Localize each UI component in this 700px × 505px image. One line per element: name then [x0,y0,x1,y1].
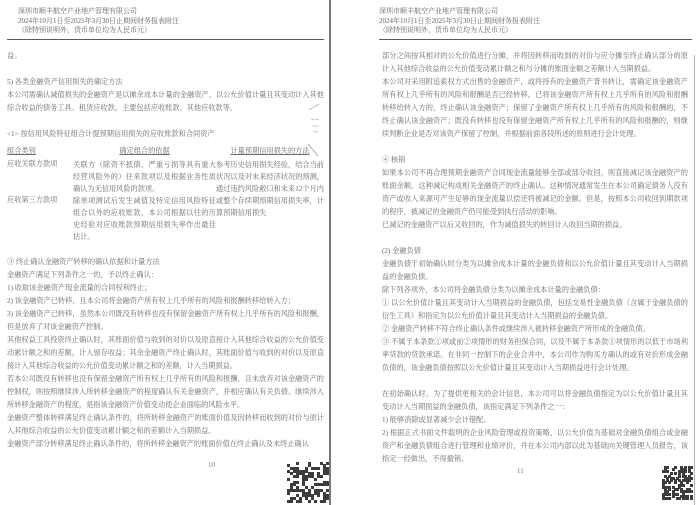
currency-note: （除特别说明外，货币单位均为人民币元） [18,26,324,36]
section-5-body: 本公司需确认减值损失的金融资产是以摊余成本计量的金融资产、以公允价值计量且其变动… [7,89,324,115]
paragraph: ③ 不属于本条款①项或前②项情形的财务担保合同，以及不属于本条款①项情形的以低于… [382,336,688,375]
section-5-title: 5) 各类金融资产信用损失的确定方法 [7,76,324,89]
paragraph: 3) 该金融资产已转移，虽然本公司既没有转移也没有保留金融资产所有权上几乎所有的… [7,308,324,334]
paragraph: 若本公司既没有转移也没有保留金融资产所有权上几乎所有的风险和报酬，且未放弃对该金… [7,373,324,412]
paragraph: 1) 收取该金融资产现金流量的合同权利终止； [7,282,324,295]
qr-code [287,462,330,503]
currency-note: （除特别说明外，货币单位均为人民币元） [379,26,688,36]
paragraph: 金融资产部分转移满足终止确认条件的，将所转移金融资产的账面价值在终止确认及未终止… [7,438,324,451]
category-third-parties: 应收第三方款项 [7,195,73,243]
column-header-category: 组合类别 [7,146,73,159]
carryover-fragment: 益。 [7,50,324,63]
company-name: 深圳市顺丰航空产业地产管理有限公司 [18,7,324,17]
paragraph: 部分之间按其相对的公允价值进行分摊，并将因转移而收到的对价与应分摊至终止确认部分… [382,50,688,76]
report-page-11: 深圳市顺丰航空产业地产管理有限公司 2024年10月1日至2025年3月30日止… [331,0,700,505]
report-page-10: 深圳市顺丰航空产业地产管理有限公司 2024年10月1日至2025年3月30日止… [0,0,330,505]
report-period: 2024年10月1日至2025年3月30日止期间财务报表附注 [379,17,688,27]
paragraph: ① 以公允价值计量且其变动计入当期损益的金融负债，包括交易性金融负债（含属于金融… [382,297,688,323]
page-number: 10 [208,461,215,469]
basis-third-parties: 除单项测试后发生减值及特定信用风险特征组合以外的应收账款，本公司根据以往的历史经… [73,195,216,243]
paragraph: 2) 该金融资产已转移，且本公司将金融资产所有权上几乎所有的风险和报酬转移给转入… [7,295,324,308]
category-related-parties: 应收关联方款项 [7,159,73,195]
method-cell: 参考历史信用损失经验，结合当前状况以及对未来经济状况的预测，通过违约风险敞口和未… [216,159,324,243]
section-4-title: ④ 核销 [382,154,688,167]
financial-liabilities-title: (2) 金融负债 [382,245,688,258]
handwritten-annotation [303,100,331,160]
page-number: 11 [517,467,524,475]
column-header-basis: 确定组合的依据 [73,146,216,159]
page-header: 深圳市顺丰航空产业地产管理有限公司 2024年10月1日至2025年3月30日止… [18,7,324,36]
paragraph: 除下列各项外，本公司将金融负债分类为以摊余成本计量的金融负债： [382,284,688,297]
header-divider [7,39,324,40]
paragraph: 金融资产满足下列条件之一的，予以终止确认： [7,269,324,282]
paragraph: 已减记的金融资产以后又收回的，作为减值损失的转回计入收回当期的损益。 [382,219,688,232]
scanned-report-spread: 深圳市顺丰航空产业地产管理有限公司 2024年10月1日至2025年3月30日止… [0,0,700,505]
paragraph: 1) 能够消除或显著减少会计错配。 [382,414,688,427]
paragraph: 金融负债于初始确认时分类为以摊余成本计量的金融负债和以公允价值计量且其变动计入当… [382,258,688,284]
paragraph: ② 金融资产转移不符合终止确认条件或继续涉入被转移金融资产所形成的金融负债。 [382,323,688,336]
basis-related-parties: 关联方（除资不抵债、严重亏损等具有重大经营风险外的）往来款项以及根据业务性质确认… [73,159,216,195]
header-divider [379,39,692,40]
paragraph: 本公司对采用附追索权方式出售的金融资产，或将持有的金融资产背书转让，需确定该金融… [382,76,688,141]
table-row: 应收关联方款项 关联方（除资不抵债、严重亏损等具有重大经营风险外的）往来款项以及… [7,159,324,195]
qr-code [662,466,693,500]
report-period: 2024年10月1日至2025年3月30日止期间财务报表附注 [18,17,324,27]
page-header: 深圳市顺丰航空产业地产管理有限公司 2024年10月1日至2025年3月30日止… [379,7,688,36]
paragraph: 在初始确认时，为了提供更相关的会计信息，本公司可以将金融负债指定为以公允价值计量… [382,388,688,414]
paragraph: 如果本公司不再合理预期金融资产合同现金流量能够全部或部分收回，则直接减记该金融资… [382,167,688,219]
expected-credit-loss-table: 组合类别 确定组合的依据 计量预期信用损失的方法 应收关联方款项 关联方（除资不… [7,146,324,243]
table-header-row: 组合类别 确定组合的依据 计量预期信用损失的方法 [7,146,324,159]
page-edge-line [694,55,695,505]
paragraph: 2) 根据正式书面文件载明的企业风险管理或投资策略，以公允价值为基础对金融负债组… [382,427,688,466]
section-3-title: ③ 终止确认金融资产转移的确认依据和计量方法 [7,256,324,269]
company-name: 深圳市顺丰航空产业地产管理有限公司 [379,7,688,17]
sub-item-1-title: <1> 按信用风险特征组合计提预期信用损失的应收账款和合同资产 [7,128,324,141]
paragraph: 其他权益工具投资终止确认时，其账面价值与收到的对价以及原直接计入其他综合收益的公… [7,334,324,373]
paragraph: 金融资产整体转移满足终止确认条件的，将所转移金融资产的账面价值及因转移而收到的对… [7,412,324,438]
